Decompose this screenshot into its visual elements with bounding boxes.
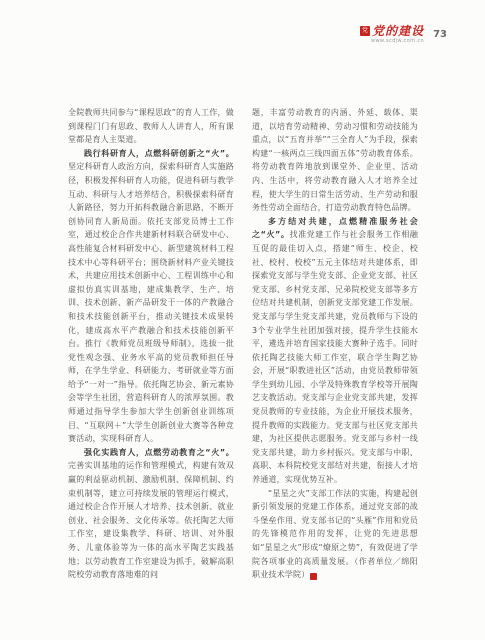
paragraph: “星星之火”支部工作法的实施，构建起创新引领发展的党建工作体系，通过党支部的战斗… (252, 487, 418, 582)
paragraph: 践行科研育人，点燃科研创新之“火”。坚定科研育人政治方向，探索科研育人实施路径，… (68, 147, 234, 446)
paragraph-text: 找准党建工作与社会服务工作相融互促的最佳切入点，搭建“师生、校企、校社、校村、校… (252, 230, 418, 484)
journal-logo-row: 党 党的建设 (360, 25, 424, 37)
paragraph-text: 坚定科研育人政治方向，探索科研育人实施路径，积极发挥科研育人功能，促进科研与教学… (68, 162, 234, 443)
journal-logo: 党 党的建设 www.scdjw.com.cn (360, 25, 424, 44)
page-header: 党 党的建设 www.scdjw.com.cn 73 (360, 25, 447, 44)
article-end-icon: 党 (310, 573, 317, 580)
journal-title: 党的建设 (372, 25, 424, 37)
right-column: 题，丰富劳动教育的内涵、外延、载体、渠道，以培育劳动精神、劳动习惯和劳动技能为重… (252, 106, 418, 582)
paragraph-text: 完善实训基地的运作和管理模式，构建有效双赢的利益驱动机制、激励机制、保障机制、约… (68, 461, 234, 579)
paragraph-lead: 践行科研育人，点燃科研创新之“火”。 (84, 149, 234, 158)
paragraph-text: 题，丰富劳动教育的内涵、外延、载体、渠道，以培育劳动精神、劳动习惯和劳动技能为重… (252, 108, 418, 212)
left-column: 全院教师共同参与“课程思政”的育人工作，做到课程门门有思政、教师人人讲育人，所有… (68, 106, 234, 582)
paragraph: 题，丰富劳动教育的内涵、外延、载体、渠道，以培育劳动精神、劳动习惯和劳动技能为重… (252, 106, 418, 215)
page-number: 73 (433, 30, 447, 40)
paragraph: 强化实践育人，点燃劳动教育之“火”。完善实训基地的运作和管理模式，构建有效双赢的… (68, 446, 234, 582)
paragraph: 全院教师共同参与“课程思政”的育人工作，做到课程门门有思政、教师人人讲育人，所有… (68, 106, 234, 147)
journal-website: www.scdjw.com.cn (371, 39, 424, 44)
magazine-page: 党 党的建设 www.scdjw.com.cn 73 全院教师共同参与“课程思政… (0, 0, 485, 640)
paragraph-text: “星星之火”支部工作法的实施，构建起创新引领发展的党建工作体系，通过党支部的战斗… (252, 489, 418, 580)
journal-seal-icon: 党 (360, 26, 370, 36)
article-body: 全院教师共同参与“课程思政”的育人工作，做到课程门门有思政、教师人人讲育人，所有… (68, 106, 418, 582)
paragraph-text: 全院教师共同参与“课程思政”的育人工作，做到课程门门有思政、教师人人讲育人，所有… (68, 108, 234, 144)
paragraph-lead: 强化实践育人，点燃劳动教育之“火”。 (84, 448, 234, 457)
paragraph: 多方结对共建，点燃精准服务社会之“火”。找准党建工作与社会服务工作相融互促的最佳… (252, 215, 418, 487)
